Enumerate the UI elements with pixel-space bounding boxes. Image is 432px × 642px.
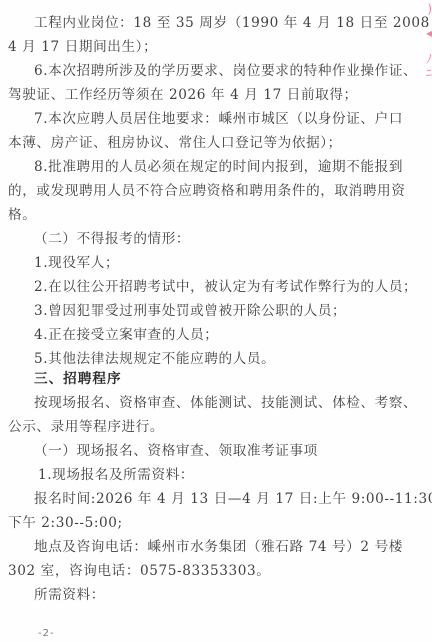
subsection-heading-registration: （一）现场报名、资格审查、领取准考证事项 xyxy=(34,442,318,460)
red-seal-fragment: ) ◂ ﾉ ﾆ xyxy=(418,0,432,80)
section-heading-disqualifications: （二）不得报考的情形： xyxy=(34,230,190,248)
list-item-disqualification-3: 3.曾因犯罪受过刑事处罚或曾被开除公职的人员； xyxy=(34,302,346,320)
list-item-disqualification-2: 2.在以往公开招聘考试中，被认定为有考试作弊行为的人员； xyxy=(34,278,417,296)
document-page: 工程内业岗位：18 至 35 周岁（1990 年 4 月 18 日至 2008 … xyxy=(0,0,432,642)
seal-mark: ) xyxy=(427,2,432,16)
seal-mark: ◂ xyxy=(426,26,432,40)
text-line-item-8-end: 格。 xyxy=(8,206,36,224)
seal-mark: ﾆ xyxy=(426,64,432,81)
text-line-age-requirement: 工程内业岗位：18 至 35 周岁（1990 年 4 月 18 日至 2008 … xyxy=(34,14,432,32)
text-line-age-requirement-cont: 4 月 17 日期间出生）； xyxy=(8,38,157,56)
text-line-item-6-cont: 驾驶证、工作经历等须在 2026 年 4 月 17 日前取得； xyxy=(8,86,358,104)
text-line-registration-time: 报名时间:2026 年 4 月 13 日—4 月 17 日:上午 9:00--1… xyxy=(34,490,432,508)
page-number: -2- xyxy=(38,628,55,639)
section-heading-recruitment-procedure: 三、招聘程序 xyxy=(34,370,122,388)
text-line-location-contact: 地点及咨询电话：嵊州市水务集团（雅石路 74 号）2 号楼 xyxy=(34,538,403,556)
text-line-registration-materials: 1.现场报名及所需资料： xyxy=(38,466,194,484)
text-line-registration-time-cont: 下午 2:30--5:00; xyxy=(8,514,123,532)
text-line-item-8-cont: 的，或发现聘用人员不符合应聘资格和聘用条件的，取消聘用资 xyxy=(8,182,405,200)
list-item-disqualification-4: 4.正在接受立案审查的人员； xyxy=(34,326,219,344)
text-line-required-materials: 所需资料： xyxy=(34,586,105,604)
list-item-disqualification-1: 1.现役军人； xyxy=(34,254,119,272)
text-line-item-7-cont: 本薄、房产证、租房协议、常住人口登记等为依据）； xyxy=(8,134,342,152)
text-line-item-7: 7.本次应聘人员居住地要求：嵊州市城区（以身份证、户口 xyxy=(34,110,403,128)
text-line-location-contact-cont: 302 室，咨询电话：0575-83353303。 xyxy=(8,562,270,580)
text-line-procedure-cont: 公示、录用等程序进行。 xyxy=(8,418,164,436)
list-item-disqualification-5: 5.其他法律法规规定不能应聘的人员。 xyxy=(34,350,275,368)
text-line-item-6: 6.本次招聘所涉及的学历要求、岗位要求的特种作业操作证、 xyxy=(34,62,417,80)
text-line-item-8: 8.批准聘用的人员必须在规定的时间内报到，逾期不能报到 xyxy=(34,158,403,176)
text-line-procedure: 按现场报名、资格审查、体能测试、技能测试、体检、考察、 xyxy=(34,394,417,412)
